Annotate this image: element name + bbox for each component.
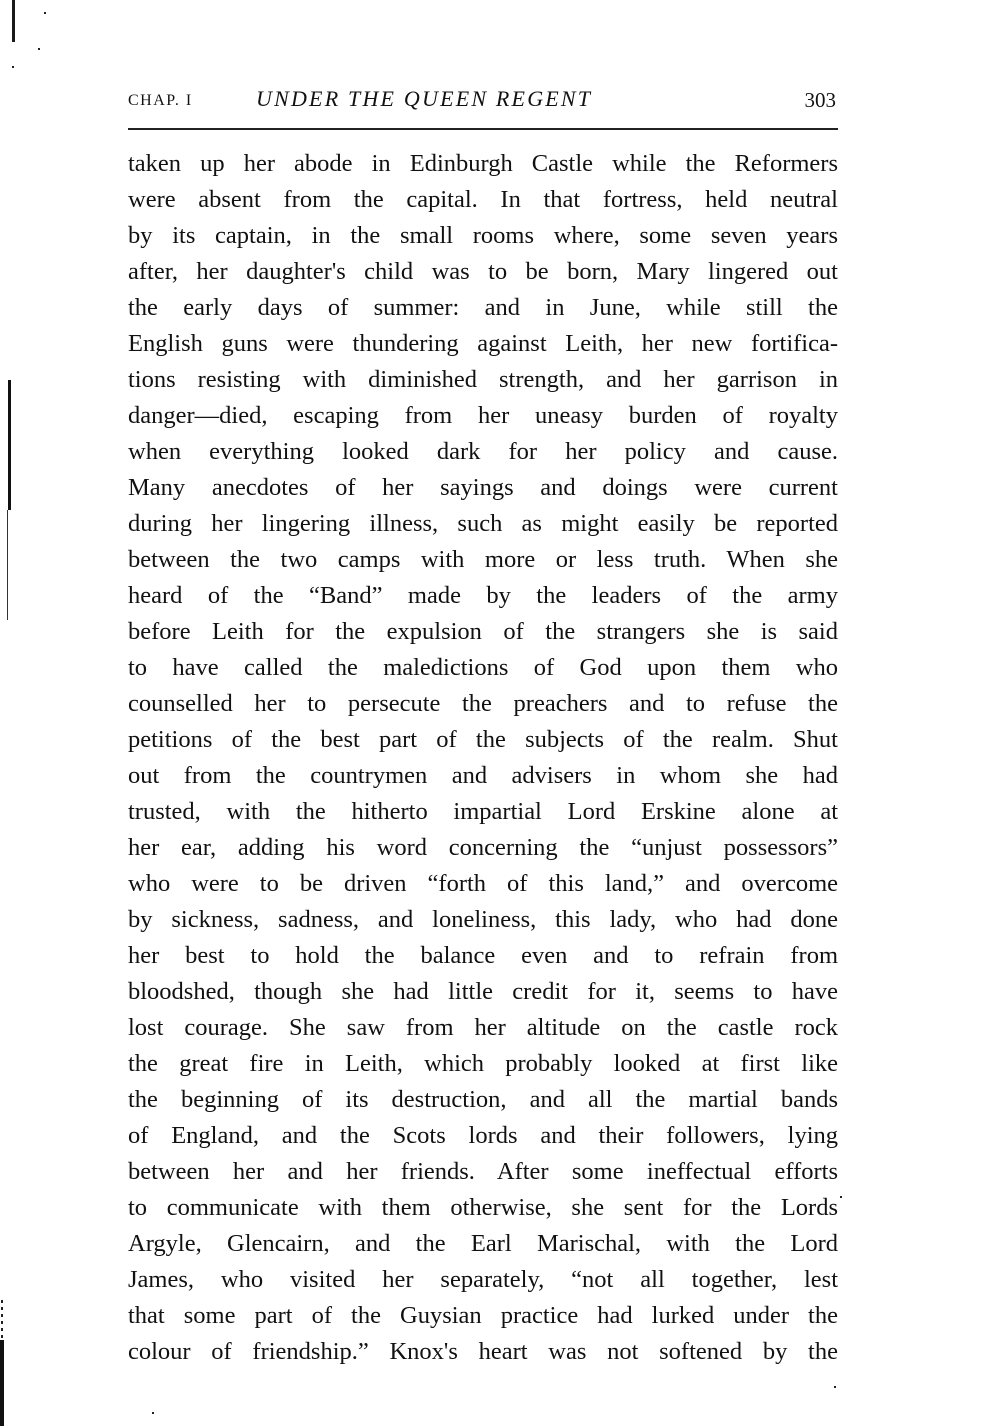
text-line: heard of the “Band” made by the leaders … — [128, 578, 838, 614]
text-line: counselled her to persecute the preacher… — [128, 686, 838, 722]
body-text: taken up her abode in Edinburgh Castle w… — [128, 146, 838, 1370]
text-line: when everything looked dark for her poli… — [128, 434, 838, 470]
text-line: the great fire in Leith, which probably … — [128, 1046, 838, 1082]
text-line: trusted, with the hitherto impartial Lor… — [128, 794, 838, 830]
text-line: her best to hold the balance even and to… — [128, 938, 838, 974]
text-line: between the two camps with more or less … — [128, 542, 838, 578]
scan-edge-mark — [0, 1340, 4, 1426]
scan-speck — [44, 12, 46, 14]
text-line: to have called the maledictions of God u… — [128, 650, 838, 686]
chapter-label: CHAP. I — [128, 92, 193, 110]
page-number: 303 — [805, 88, 837, 113]
text-line: James, who visited her separately, “not … — [128, 1262, 838, 1298]
text-line: Many anecdotes of her sayings and doings… — [128, 470, 838, 506]
text-line: colour of friendship.” Knox's heart was … — [128, 1334, 838, 1370]
text-line: before Leith for the expulsion of the st… — [128, 614, 838, 650]
text-line: bloodshed, though she had little credit … — [128, 974, 838, 1010]
scan-edge-mark — [1, 1300, 3, 1340]
text-line: out from the countrymen and advisers in … — [128, 758, 838, 794]
text-line: after, her daughter's child was to be bo… — [128, 254, 838, 290]
text-line: during her lingering illness, such as mi… — [128, 506, 838, 542]
text-line: that some part of the Guysian practice h… — [128, 1298, 838, 1334]
text-line: Argyle, Glencairn, and the Earl Marischa… — [128, 1226, 838, 1262]
text-line: by its captain, in the small rooms where… — [128, 218, 838, 254]
scan-speck — [12, 66, 14, 68]
text-line: petitions of the best part of the subjec… — [128, 722, 838, 758]
scan-speck — [840, 1196, 842, 1198]
text-line: taken up her abode in Edinburgh Castle w… — [128, 146, 838, 182]
book-page: CHAP. I UNDER THE QUEEN REGENT 303 taken… — [0, 0, 1000, 1426]
running-title: UNDER THE QUEEN REGENT — [256, 86, 592, 112]
text-line: to communicate with them otherwise, she … — [128, 1190, 838, 1226]
scan-edge-mark — [12, 0, 15, 42]
text-line: between her and her friends. After some … — [128, 1154, 838, 1190]
text-line: were absent from the capital. In that fo… — [128, 182, 838, 218]
scan-speck — [152, 1412, 154, 1414]
header-rule — [128, 128, 838, 130]
text-line: English guns were thundering against Lei… — [128, 326, 838, 362]
scan-edge-mark — [7, 510, 8, 620]
running-header: CHAP. I UNDER THE QUEEN REGENT 303 — [128, 84, 836, 124]
text-line: of England, and the Scots lords and thei… — [128, 1118, 838, 1154]
text-line: the beginning of its destruction, and al… — [128, 1082, 838, 1118]
scan-speck — [38, 48, 40, 50]
text-line: tions resisting with diminished strength… — [128, 362, 838, 398]
text-line: lost courage. She saw from her altitude … — [128, 1010, 838, 1046]
scan-speck — [834, 1386, 836, 1388]
text-line: her ear, adding his word concerning the … — [128, 830, 838, 866]
scan-edge-mark — [8, 380, 11, 510]
text-line: who were to be driven “forth of this lan… — [128, 866, 838, 902]
text-line: the early days of summer: and in June, w… — [128, 290, 838, 326]
text-line: danger—died, escaping from her uneasy bu… — [128, 398, 838, 434]
text-line: by sickness, sadness, and loneliness, th… — [128, 902, 838, 938]
